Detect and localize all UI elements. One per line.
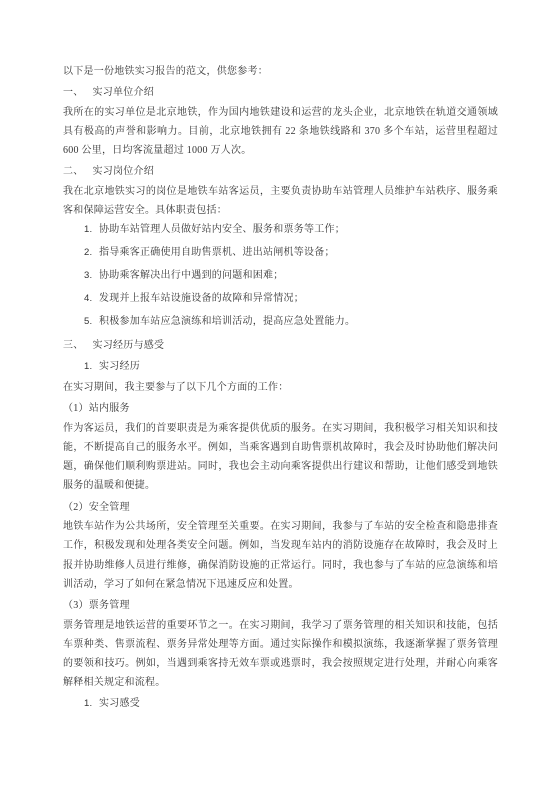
section2-paragraph: 我在北京地铁实习的岗位是地铁车站客运员，主要负责协助车站管理人员维护车站秩序、服… <box>63 182 498 221</box>
duty-list-item: 2. 指导乘客正确使用自助售票机、进出站闸机等设备； <box>63 243 498 262</box>
intro-line: 以下是一份地铁实习报告的范文，供您参考： <box>63 62 498 81</box>
experience-subitem: 1. 实习经历 <box>63 357 498 376</box>
part1-subheading: （1）站内服务 <box>63 399 498 418</box>
part3-paragraph: 票务管理是地铁运营的重要环节之一。在实习期间，我学习了票务管理的相关知识和技能，… <box>63 616 498 693</box>
experience-subitem-text: 实习经历 <box>99 357 498 376</box>
section1-heading-number: 一、 <box>63 87 84 98</box>
section1-heading-title: 实习单位介绍 <box>93 87 155 98</box>
duty-list-item: 5. 积极参加车站应急演练和培训活动，提高应急处置能力。 <box>63 312 498 331</box>
duty-list-item: 1. 协助车站管理人员做好站内安全、服务和票务等工作； <box>63 220 498 239</box>
duty-text: 发现并上报车站设施设备的故障和异常情况； <box>99 289 498 308</box>
document-content: 以下是一份地铁实习报告的范文，供您参考： 一、实习单位介绍 我所在的实习单位是北… <box>63 62 498 715</box>
feeling-subitem: 1. 实习感受 <box>63 694 498 713</box>
section3-heading: 三、实习经历与感受 <box>63 336 498 355</box>
duty-list-item: 4. 发现并上报车站设施设备的故障和异常情况； <box>63 289 498 308</box>
duty-text: 指导乘客正确使用自助售票机、进出站闸机等设备； <box>99 243 498 262</box>
feeling-subitem-number: 1. <box>84 694 99 713</box>
duty-text: 积极参加车站应急演练和培训活动，提高应急处置能力。 <box>99 312 498 331</box>
section2-heading-title: 实习岗位介绍 <box>93 166 155 177</box>
duty-text: 协助乘客解决出行中遇到的问题和困难； <box>99 266 498 285</box>
section3-lead-paragraph: 在实习期间，我主要参与了以下几个方面的工作： <box>63 378 498 397</box>
section3-heading-number: 三、 <box>63 340 84 351</box>
section2-heading-number: 二、 <box>63 166 84 177</box>
section1-paragraph: 我所在的实习单位是北京地铁，作为国内地铁建设和运营的龙头企业，北京地铁在轨道交通… <box>63 103 498 161</box>
part2-subheading: （2）安全管理 <box>63 498 498 517</box>
duty-list-item: 3. 协助乘客解决出行中遇到的问题和困难； <box>63 266 498 285</box>
section2-heading: 二、实习岗位介绍 <box>63 162 498 181</box>
duty-number: 3. <box>84 266 99 285</box>
duty-number: 5. <box>84 312 99 331</box>
feeling-subitem-text: 实习感受 <box>99 694 498 713</box>
duty-text: 协助车站管理人员做好站内安全、服务和票务等工作； <box>99 220 498 239</box>
section3-heading-title: 实习经历与感受 <box>93 340 165 351</box>
duty-number: 2. <box>84 243 99 262</box>
duty-number: 1. <box>84 220 99 239</box>
duty-number: 4. <box>84 289 99 308</box>
experience-subitem-number: 1. <box>84 357 99 376</box>
part1-paragraph: 作为客运员，我们的首要职责是为乘客提供优质的服务。在实习期间，我积极学习相关知识… <box>63 419 498 496</box>
part2-paragraph: 地铁车站作为公共场所，安全管理至关重要。在实习期间，我参与了车站的安全检查和隐患… <box>63 517 498 594</box>
section1-heading: 一、实习单位介绍 <box>63 83 498 102</box>
document-page: 以下是一份地铁实习报告的范文，供您参考： 一、实习单位介绍 我所在的实习单位是北… <box>0 0 560 792</box>
part3-subheading: （3）票务管理 <box>63 596 498 615</box>
